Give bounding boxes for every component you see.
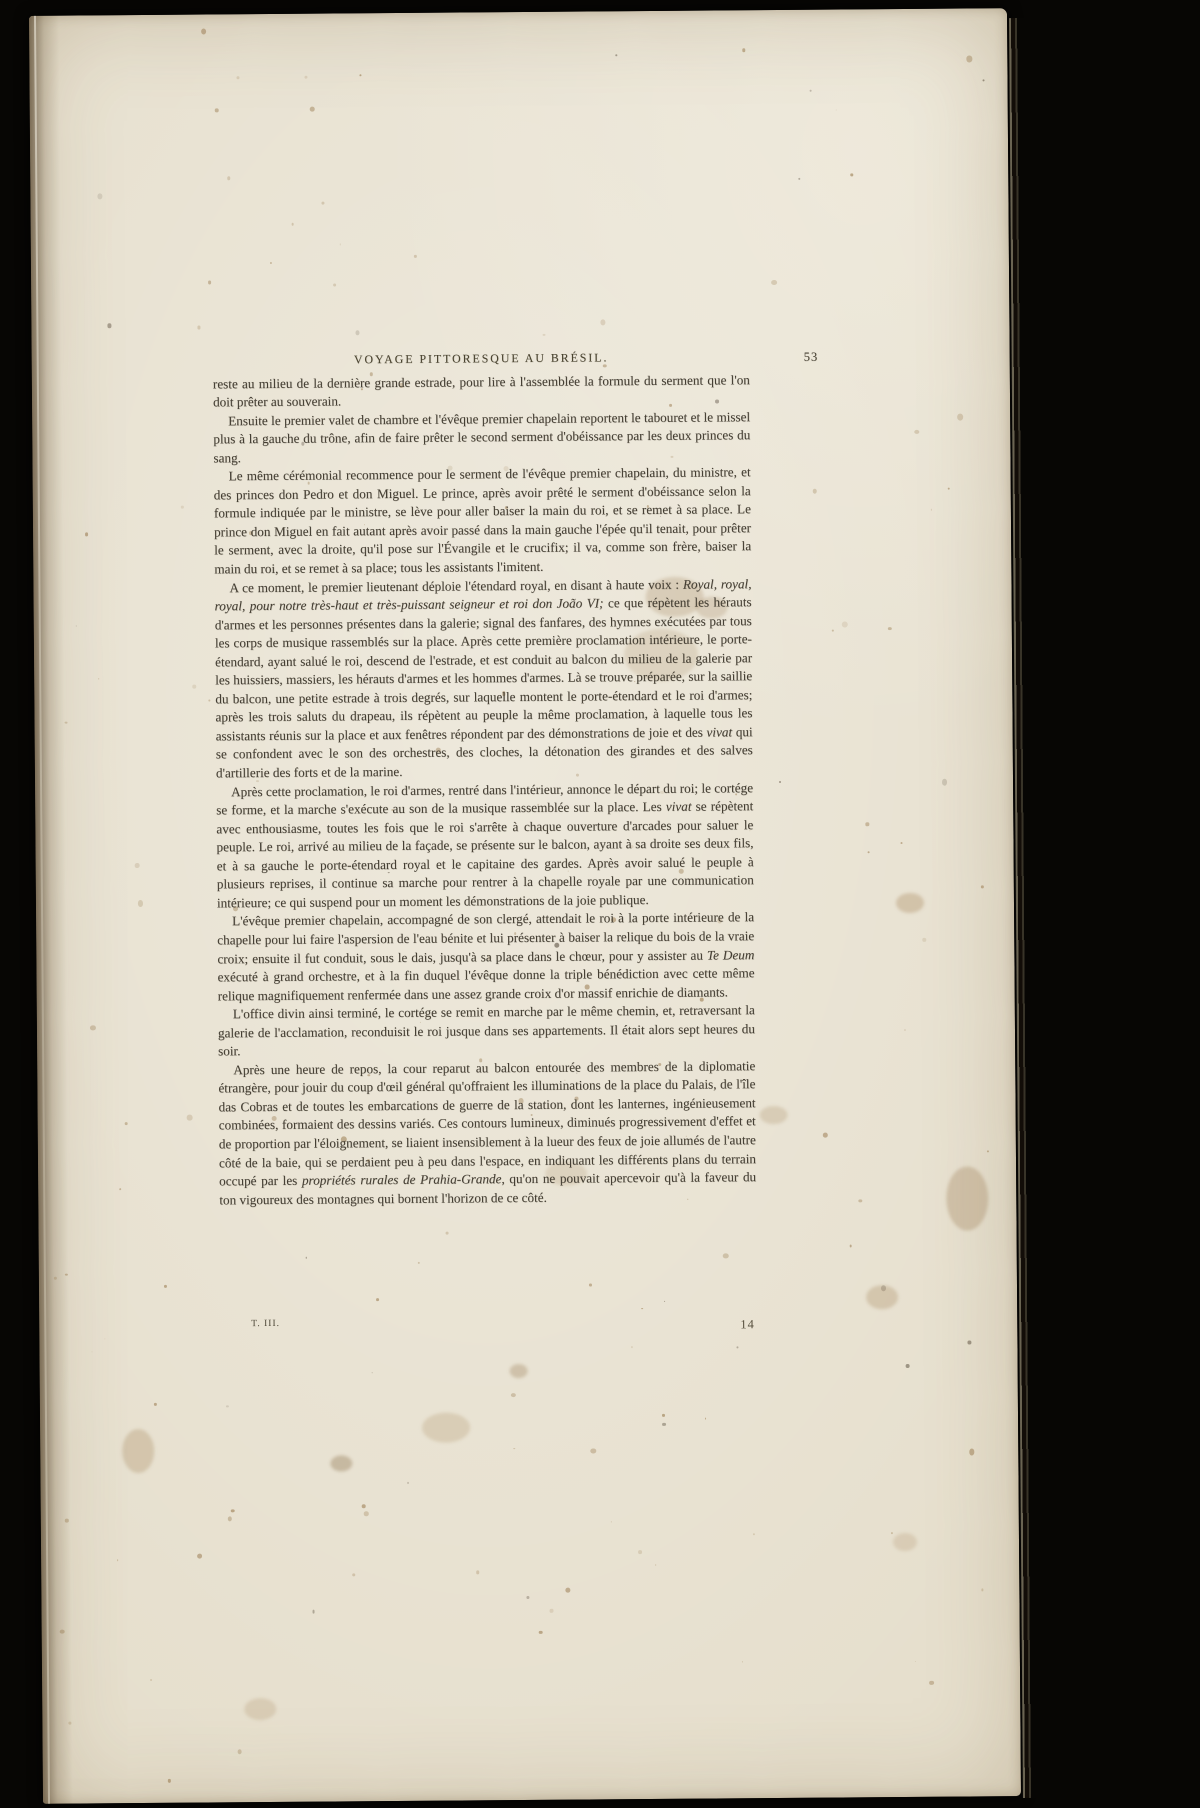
- paragraph: reste au milieu de la dernière grande es…: [213, 371, 750, 412]
- page-number: 53: [804, 350, 819, 365]
- signature-number: 14: [740, 1317, 755, 1332]
- foxing-stain: [510, 1364, 528, 1378]
- foxing-stain: [244, 1698, 276, 1720]
- foxing-stain: [422, 1412, 470, 1442]
- running-title: VOYAGE PITTORESQUE AU BRÉSIL.: [354, 350, 609, 366]
- paragraph: A ce moment, le premier lieutenant déplo…: [214, 575, 753, 783]
- body-text: reste au milieu de la dernière grande es…: [213, 371, 757, 1210]
- foxing-stain: [330, 1455, 352, 1471]
- text-block: VOYAGE PITTORESQUE AU BRÉSIL. reste au m…: [213, 347, 757, 1209]
- paragraph: Après une heure de repos, la cour reparu…: [218, 1057, 756, 1210]
- page-header: VOYAGE PITTORESQUE AU BRÉSIL.: [213, 347, 750, 370]
- foxing-spots: [29, 8, 1007, 16]
- foxing-stain: [760, 1106, 788, 1124]
- paragraph: Le même cérémonial recommence pour le se…: [214, 463, 752, 578]
- paragraph: Après cette proclamation, le roi d'armes…: [216, 779, 754, 913]
- foxing-stain: [122, 1429, 154, 1473]
- foxing-stain: [893, 1533, 917, 1551]
- foxing-stain: [896, 893, 924, 913]
- foxing-stain: [946, 1166, 989, 1230]
- volume-label: T. III.: [251, 1319, 280, 1329]
- book-page-scan: 53 VOYAGE PITTORESQUE AU BRÉSIL. reste a…: [29, 8, 1021, 1804]
- paragraph: L'office divin ainsi terminé, le cortége…: [218, 1001, 755, 1061]
- paragraph: L'évêque premier chapelain, accompagné d…: [217, 909, 755, 1006]
- paragraph: Ensuite le premier valet de chambre et l…: [213, 408, 750, 468]
